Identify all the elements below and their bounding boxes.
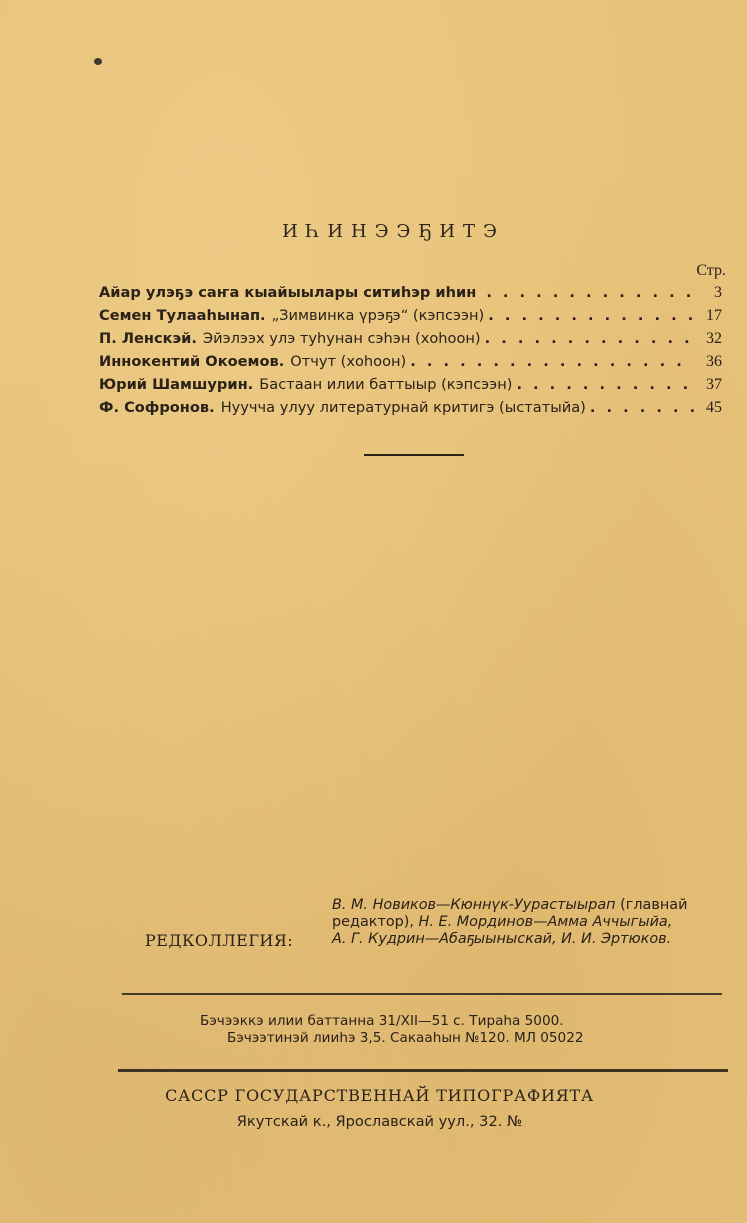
member-role: (главнай xyxy=(616,897,688,913)
divider-rule-thick xyxy=(118,1069,728,1072)
toc-entry: Семен Тулааһынап. „Зимвинка үрэҕэ“ (кэпс… xyxy=(99,307,722,330)
member-role: редактор), xyxy=(332,914,419,930)
toc-entry-title: „Зимвинка үрэҕэ“ (кэпсээн) xyxy=(272,307,485,324)
toc-entry-title: Бастаан илии баттыыр (кэпсээн) xyxy=(259,376,512,393)
toc-entry-page: 17 xyxy=(698,307,722,325)
toc-entry-author: Иннокентий Окоемов. xyxy=(99,353,284,370)
toc-entry-author: Ф. Софронов. xyxy=(99,399,215,416)
toc-entry-page: 36 xyxy=(698,353,722,371)
printer-address: Якутскай к., Ярославскай уул., 32. № xyxy=(12,1113,747,1130)
dot-leader xyxy=(516,376,694,393)
toc-entry-author: Юрий Шамшурин. xyxy=(99,376,253,393)
imprint-line: Бэчээтинэй лииһэ 3,5. Сакааһын №120. МЛ … xyxy=(200,1030,584,1047)
ink-speck xyxy=(94,58,102,65)
dot-leader xyxy=(486,284,694,301)
member-name: Н. Е. Мординов—Амма Аччыгыйа, xyxy=(419,914,673,930)
toc-entry-page: 3 xyxy=(698,284,722,302)
imprint-line: Бэчээккэ илии баттанна 31/XII—51 с. Тира… xyxy=(200,1013,584,1030)
toc-entry-page: 32 xyxy=(698,330,722,348)
page-column-label: Стр. xyxy=(696,262,726,280)
toc-entry-page: 37 xyxy=(698,376,722,394)
toc-entry-author: П. Ленскэй. xyxy=(99,330,197,347)
table-of-contents: Айар улэҕэ саҥа кыайыылары ситиһэр иһин … xyxy=(99,284,722,422)
printer-name: САССР ГОСУДАРСТВЕННАЙ ТИПОГРАФИЯТА xyxy=(12,1086,747,1105)
dot-leader xyxy=(485,330,694,347)
toc-entry-author: Семен Тулааһынап. xyxy=(99,307,266,324)
toc-entry-title: Айар улэҕэ саҥа кыайыылары ситиһэр иһин xyxy=(99,284,476,301)
toc-entry: Юрий Шамшурин. Бастаан илии баттыыр (кэп… xyxy=(99,376,722,399)
divider-short xyxy=(364,454,464,456)
dot-leader xyxy=(488,307,694,324)
editorial-board-label: РЕДКОЛЛЕГИЯ: xyxy=(145,931,293,950)
toc-entry: Айар улэҕэ саҥа кыайыылары ситиһэр иһин … xyxy=(99,284,722,307)
dot-leader xyxy=(590,399,694,416)
toc-entry: Ф. Софронов. Нуучча улуу литературнай кр… xyxy=(99,399,722,422)
toc-entry-title: Эйэлээх улэ туһунан сэһэн (хоһоон) xyxy=(203,330,481,347)
printer-info: САССР ГОСУДАРСТВЕННАЙ ТИПОГРАФИЯТА Якутс… xyxy=(0,1086,747,1130)
toc-entry-title: Отчут (хоһоон) xyxy=(290,353,406,370)
editorial-board-members: В. М. Новиков—Кюннүк-Уурастыырап (главна… xyxy=(332,897,747,948)
imprint: Бэчээккэ илии баттанна 31/XII—51 с. Тира… xyxy=(200,1013,584,1047)
toc-entry: Иннокентий Окоемов. Отчут (хоһоон) 36 xyxy=(99,353,722,376)
toc-entry: П. Ленскэй. Эйэлээх улэ туһунан сэһэн (х… xyxy=(99,330,722,353)
toc-entry-title: Нуучча улуу литературнай критигэ (ыстаты… xyxy=(221,399,586,416)
toc-entry-page: 45 xyxy=(698,399,722,417)
divider-rule xyxy=(122,993,722,995)
dot-leader xyxy=(410,353,694,370)
member-name: В. М. Новиков—Кюннүк-Уурастыырап xyxy=(332,897,616,913)
member-name: А. Г. Кудрин—Абаҕыыныскай, И. И. Эртюков… xyxy=(332,931,671,947)
contents-title: ИҺИНЭЭҔИТЭ xyxy=(0,221,747,242)
